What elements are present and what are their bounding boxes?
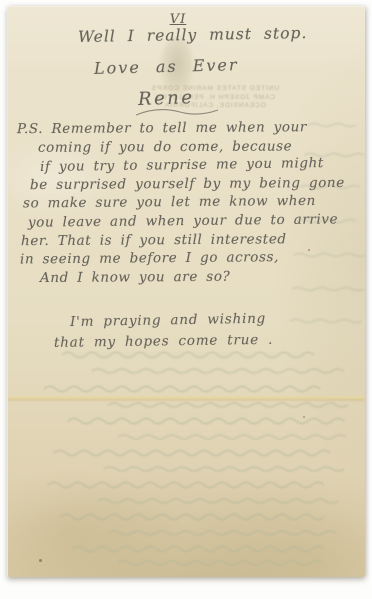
handwritten-line-closing: Well I really must stop.	[78, 24, 308, 46]
bleed-through-line	[108, 531, 336, 535]
bleed-through-line	[108, 403, 348, 407]
bleed-through-line	[118, 435, 346, 439]
handwritten-line: you leave and when your due to arrive	[8, 210, 365, 232]
bleed-through-line	[104, 467, 344, 471]
bleed-through-line	[118, 561, 322, 565]
handwritten-line: And I know you are so?	[8, 267, 365, 288]
handwritten-line-valediction: Love as Ever	[94, 55, 239, 78]
handwritten-line: in seeing me before I go across,	[8, 248, 365, 270]
bleed-through-line	[92, 369, 344, 373]
paper-speck	[39, 559, 42, 562]
handwritten-line: P.S. Remember to tell me when your	[8, 118, 365, 139]
wish-lines: I'm praying and wishing that my hopes co…	[8, 310, 365, 352]
letter-page: UNITED STATES MARINE CORPS CAMP JOSEPH H…	[7, 6, 365, 577]
bleed-through-line	[292, 288, 364, 291]
bleed-through-line	[44, 387, 320, 392]
page-number: VI	[156, 12, 200, 27]
handwritten-line: that my hopes come true .	[8, 329, 365, 355]
bleed-through-line	[54, 451, 330, 456]
bleed-through-line	[98, 499, 338, 503]
bleed-through-line	[60, 515, 324, 520]
bleed-through-line	[72, 547, 324, 552]
bleed-through-line	[68, 419, 344, 424]
fold-crease	[8, 395, 365, 402]
letter-photo: UNITED STATES MARINE CORPS CAMP JOSEPH H…	[0, 0, 372, 599]
signature: Rene	[138, 87, 195, 110]
paper-speck	[303, 416, 305, 418]
bleed-through-line	[48, 483, 324, 488]
postscript-paragraph: P.S. Remember to tell me when your comin…	[8, 119, 365, 286]
bleed-through-line	[62, 353, 314, 358]
